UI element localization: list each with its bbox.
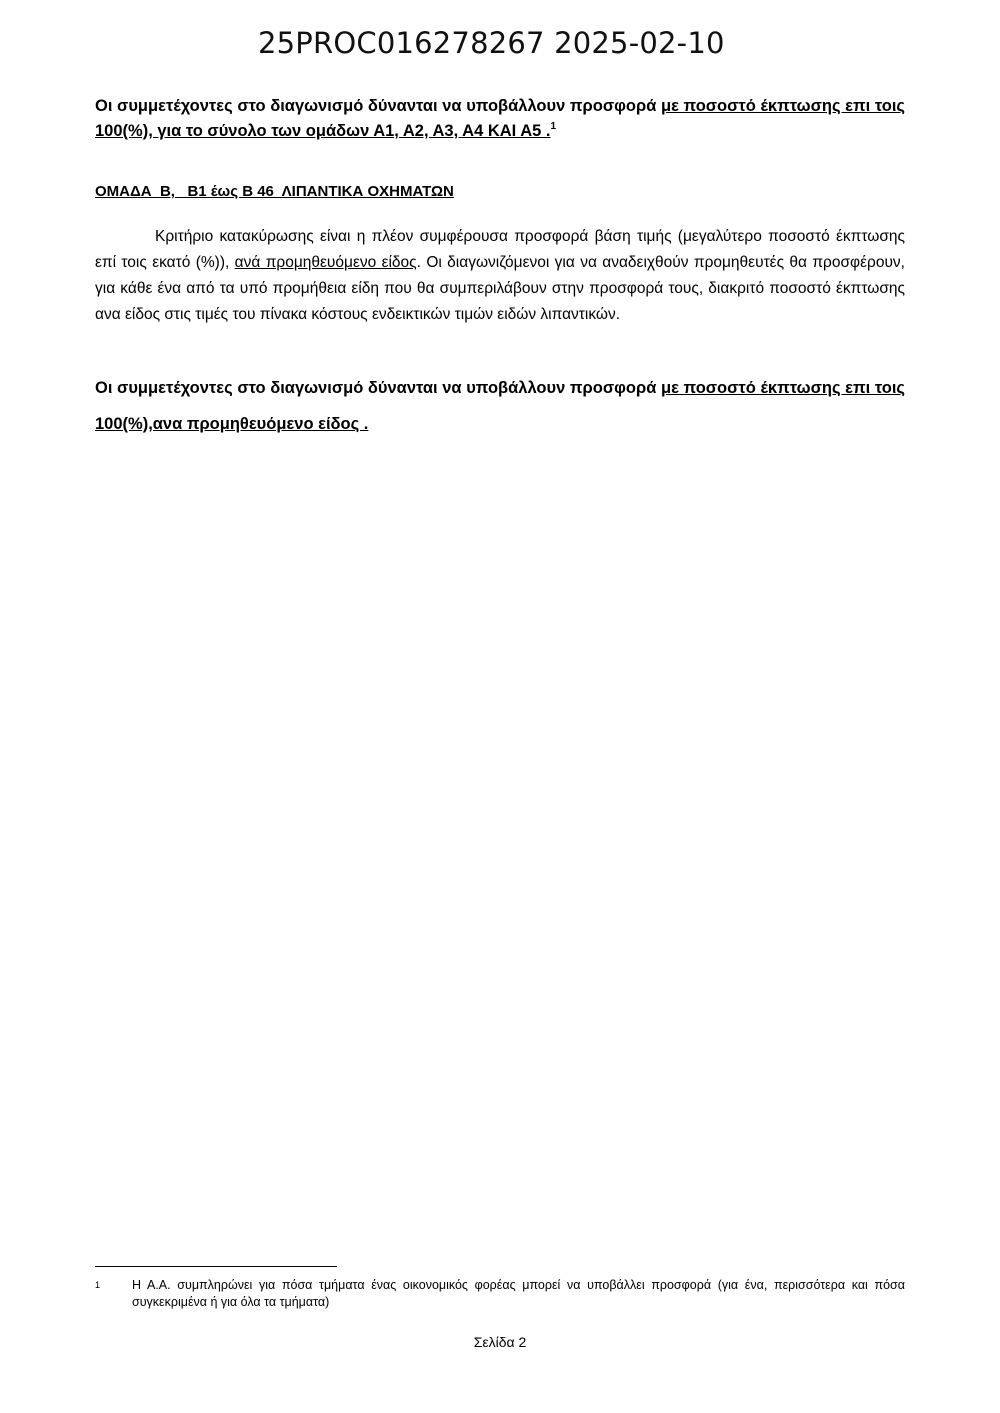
footnote-reference[interactable]: 1 (550, 121, 556, 132)
footnote-mark: 1 (95, 1277, 100, 1294)
document-page: 25PROC016278267 2025-02-10 Οι συμμετέχον… (0, 0, 1000, 1413)
footnote: 1 Η Α.Α. συμπληρώνει για πόσα τμήματα έν… (95, 1277, 905, 1311)
intro-text: Οι συμμετέχοντες στο διαγωνισμό δύνανται… (95, 97, 661, 115)
footnote-text: Η Α.Α. συμπληρώνει για πόσα τμήματα ένας… (132, 1277, 905, 1311)
group-b-title: ΟΜΑΔΑ Β, Β1 έως Β 46 ΛΙΠΑΝΤΙΚΑ ΟΧΗΜΑΤΩΝ (95, 183, 905, 200)
document-id-header: 25PROC016278267 2025-02-10 (258, 26, 725, 60)
intro-paragraph: Οι συμμετέχοντες στο διαγωνισμό δύνανται… (95, 94, 905, 144)
page-number: Σελίδα 2 (0, 1334, 1000, 1350)
closing-text: Οι συμμετέχοντες στο διαγωνισμό δύνανται… (95, 379, 661, 397)
criterion-underlined-text: ανά προμηθευόμενο είδος (235, 254, 417, 271)
closing-paragraph: Οι συμμετέχοντες στο διαγωνισμό δύνανται… (95, 370, 905, 442)
footnote-separator (95, 1266, 337, 1267)
award-criterion-paragraph: Κριτήριο κατακύρωσης είναι η πλέον συμφέ… (95, 224, 905, 328)
